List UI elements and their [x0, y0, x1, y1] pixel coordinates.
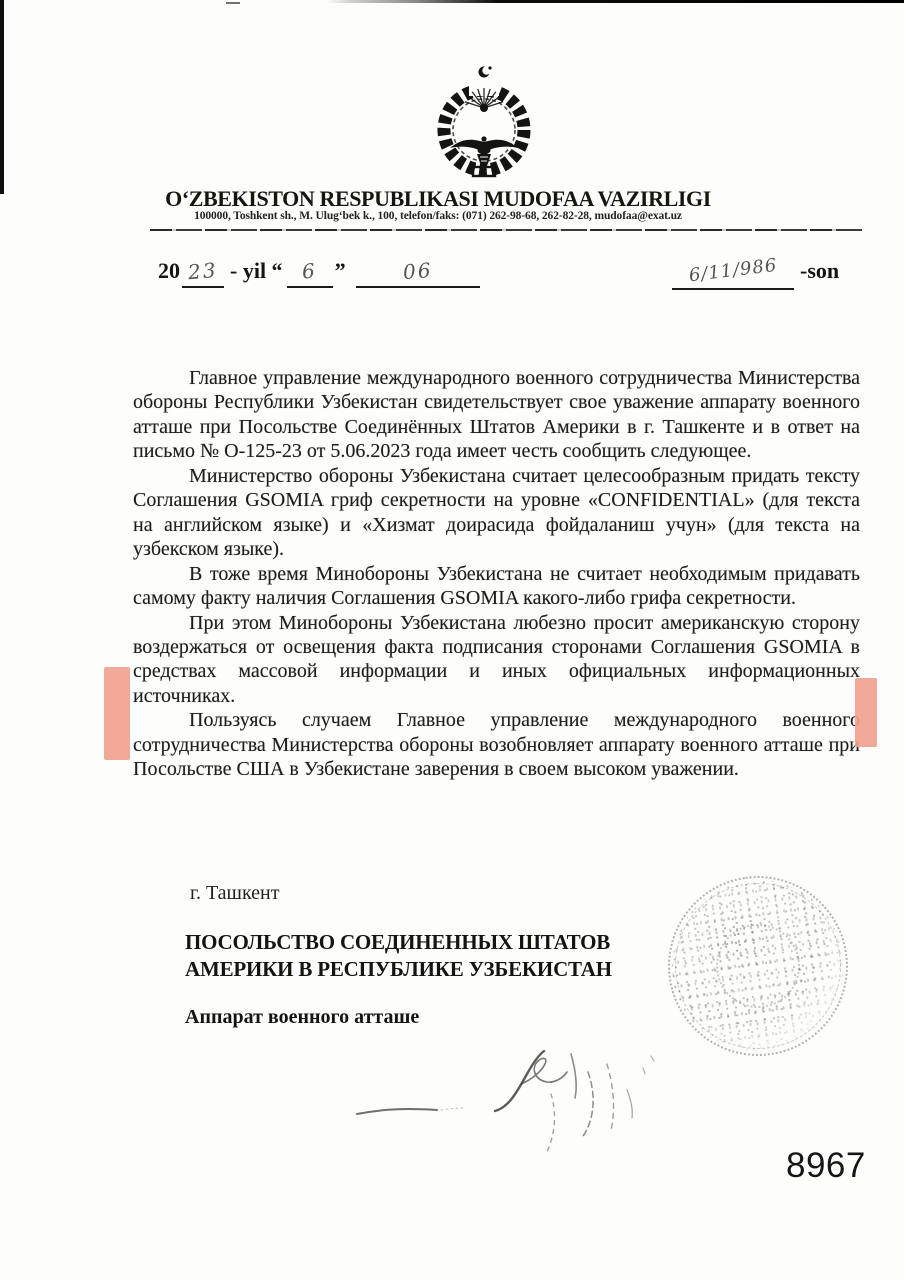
- handwritten-year: 23: [187, 255, 219, 287]
- scan-number: 8967: [786, 1146, 866, 1186]
- handwritten-reference: 6/11/986: [687, 251, 779, 292]
- body-paragraph: Пользуясь случаем Главное управление меж…: [133, 708, 860, 781]
- round-ink-stamp-icon: [656, 864, 859, 1067]
- embassy-line-2: АМЕРИКИ В РЕСПУБЛИКЕ УЗБЕКИСТАН: [185, 956, 612, 983]
- ministry-title: O‘ZBEKISTON RESPUBLIKASI MUDOFAA VAZIRLI…: [0, 186, 890, 212]
- son-label: -son: [800, 258, 839, 283]
- body-paragraph: Министерство обороны Узбекистана считает…: [133, 464, 860, 562]
- date-line: 2023- yil “6”06: [158, 256, 480, 288]
- attache-office: Аппарат военного атташе: [185, 1006, 419, 1029]
- letter-body: Главное управление международного военно…: [133, 366, 860, 782]
- city-line: г. Ташкент: [190, 882, 279, 905]
- handwritten-signature-icon: [345, 1038, 675, 1163]
- year-prefix: 20: [158, 258, 180, 283]
- handwritten-month: 06: [402, 255, 434, 287]
- scan-artifact-left-edge: [0, 0, 4, 194]
- handwritten-day: 6: [301, 255, 318, 286]
- scan-artifact-dash: [226, 2, 240, 4]
- month-blank: 06: [356, 256, 480, 288]
- reference-number-line: 6/11/986-son: [672, 256, 839, 290]
- scanned-letter: O‘ZBEKISTON RESPUBLIKASI MUDOFAA VAZIRLI…: [0, 0, 904, 1280]
- embassy-recipient: ПОСОЛЬСТВО СОЕДИНЕННЫХ ШТАТОВ АМЕРИКИ В …: [185, 929, 612, 983]
- year-blank: 23: [182, 256, 224, 288]
- ministry-address: 100000, Toshkent sh., M. Ulug‘bek k., 10…: [0, 210, 890, 222]
- embassy-line-1: ПОСОЛЬСТВО СОЕДИНЕННЫХ ШТАТОВ: [185, 929, 612, 956]
- uzbekistan-emblem-icon: [436, 62, 532, 182]
- scan-artifact-top-edge: [0, 0, 904, 3]
- highlight-mark-right: [855, 678, 877, 747]
- quote-close: ”: [335, 258, 346, 283]
- header-divider: [150, 229, 862, 231]
- yil-label: - yil “: [230, 258, 283, 283]
- day-blank: 6: [287, 256, 333, 288]
- body-paragraph: При этом Минобороны Узбекистана любезно …: [133, 611, 860, 709]
- stamp-speckle-texture: [661, 869, 855, 1063]
- body-paragraph: В тоже время Минобороны Узбекистана не с…: [133, 562, 860, 611]
- highlight-mark-left: [104, 667, 130, 760]
- ref-blank: 6/11/986: [672, 256, 794, 290]
- body-paragraph: Главное управление международного военно…: [133, 366, 860, 464]
